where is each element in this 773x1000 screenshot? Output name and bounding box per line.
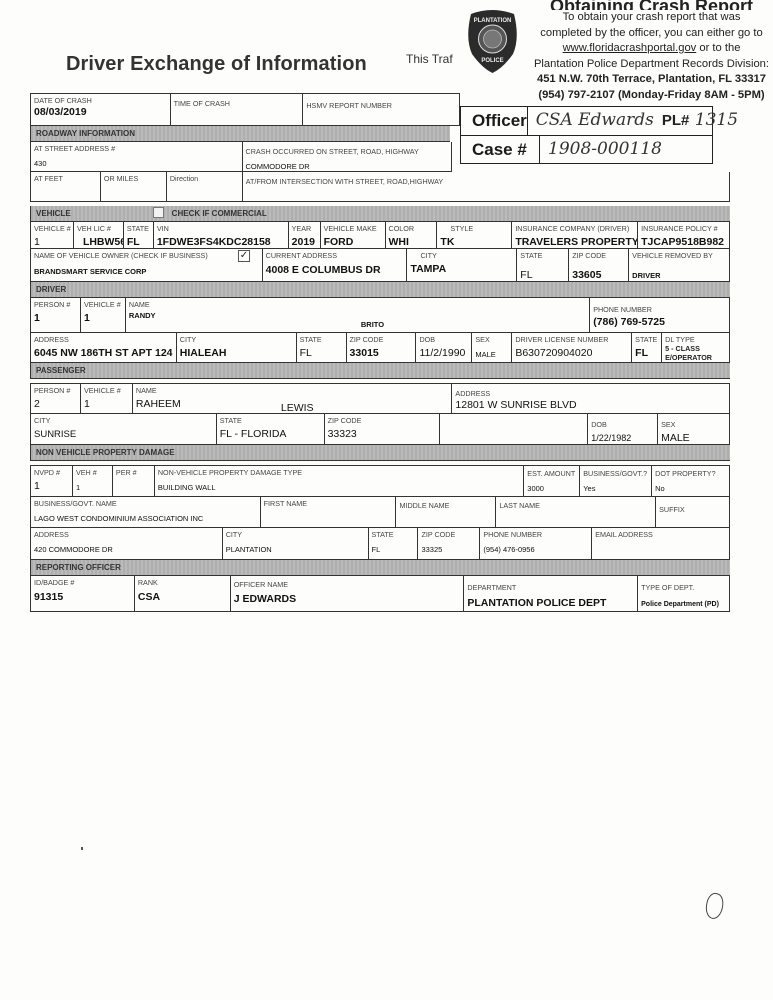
owner-state-field: STATEFL	[517, 249, 569, 282]
crash-portal-link[interactable]: www.floridacrashportal.gov	[563, 42, 697, 54]
property-city-field: CITYPLANTATION	[223, 528, 369, 560]
svg-text:PLANTATION: PLANTATION	[474, 18, 512, 24]
dept-type-field: TYPE OF DEPT.Police Department (PD)	[638, 576, 730, 612]
driver-sex-field: SEXMALE	[472, 333, 512, 363]
passenger-vehicle-field: VEHICLE #1	[81, 383, 133, 414]
exchange-form: DATE OF CRASH08/03/2019 TIME OF CRASH HS…	[30, 93, 730, 612]
vehicle-owner-field: NAME OF VEHICLE OWNER (CHECK IF BUSINESS…	[31, 249, 263, 282]
vehicle-number-field: VEHICLE #1	[31, 222, 74, 249]
section-property-damage: NON VEHICLE PROPERTY DAMAGE	[30, 445, 730, 461]
section-vehicle: VEHICLECHECK IF COMMERCIAL	[30, 206, 730, 222]
dl-type-field: DL TYPE5 - CLASSE/OPERATOR	[662, 333, 730, 363]
time-of-crash-field: TIME OF CRASH	[171, 93, 304, 126]
truncated-text: This Traf	[406, 52, 453, 66]
passenger-person-field: PERSON #2	[31, 383, 81, 414]
section-passenger: PASSENGER	[30, 363, 730, 379]
business-govt-field: BUSINESS/GOVT.?Yes	[580, 465, 652, 497]
notice-line: Plantation Police Department Records Div…	[530, 57, 773, 73]
color-field: COLORWHI	[386, 222, 438, 249]
vehicle-license-field: VEH LIC #LHBW56	[74, 222, 124, 249]
driver-license-field: DRIVER LICENSE NUMBERB630720904020	[512, 333, 632, 363]
driver-dob-field: DOB11/2/1990	[416, 333, 472, 363]
property-phone-field: PHONE NUMBER(954) 476-0956	[480, 528, 592, 560]
owner-business-checkbox[interactable]: ✓	[238, 250, 250, 262]
nvpd-per-field: PER #	[113, 465, 155, 497]
date-of-crash-field: DATE OF CRASH08/03/2019	[31, 93, 171, 126]
passenger-state-field: STATEFL - FLORIDA	[217, 414, 325, 445]
intersection-field: AT/FROM INTERSECTION WITH STREET, ROAD,H…	[243, 172, 730, 202]
officer-rank-field: RANKCSA	[135, 576, 231, 612]
officer-name-field: OFFICER NAMEJ EDWARDS	[231, 576, 465, 612]
driver-zip-field: ZIP CODE33015	[347, 333, 417, 363]
notice-line: To obtain your crash report that was	[530, 10, 773, 26]
crash-street-field: CRASH OCCURRED ON STREET, ROAD, HIGHWAYC…	[243, 142, 453, 172]
nvpd-veh-field: VEH #1	[73, 465, 113, 497]
document-title: Driver Exchange of Information	[66, 53, 367, 76]
direction-field: Direction	[167, 172, 243, 202]
records-address: 451 N.W. 70th Terrace, Plantation, FL 33…	[530, 72, 773, 88]
svg-text:POLICE: POLICE	[481, 58, 503, 64]
dl-state-field: STATEFL	[632, 333, 662, 363]
dot-property-field: DOT PROPERTY?No	[652, 465, 730, 497]
department-field: DEPARTMENTPLANTATION POLICE DEPT	[464, 576, 638, 612]
vehicle-state-field: STATEFL	[124, 222, 154, 249]
vehicle-removed-field: VEHICLE REMOVED BYDRIVER	[629, 249, 730, 282]
section-reporting-officer: REPORTING OFFICER	[30, 560, 730, 576]
passenger-sex-field: SEXMALE	[658, 414, 730, 445]
hsmv-report-field: HSMV REPORT NUMBER	[303, 93, 460, 126]
passenger-city-field: CITYSUNRISE	[31, 414, 217, 445]
owner-city-field: CITYTAMPA	[407, 249, 517, 282]
police-badge-icon: PLANTATION POLICE	[465, 8, 520, 74]
notice-heading: Obtaining Crash Report	[530, 0, 773, 10]
insurance-company-field: INSURANCE COMPANY (DRIVER)TRAVELERS PROP…	[512, 222, 638, 249]
year-field: YEAR2019	[289, 222, 321, 249]
middle-name-field: MIDDLE NAME	[396, 497, 496, 528]
passenger-name-field: NAME RAHEEM LEWIS	[133, 383, 453, 414]
officer-badge-field: ID/BADGE #91315	[31, 576, 135, 612]
passenger-address-field: ADDRESS12801 W SUNRISE BLVD	[452, 383, 730, 414]
property-state-field: STATEFL	[369, 528, 419, 560]
passenger-dob-field: DOB1/22/1982	[588, 414, 658, 445]
commercial-checkbox[interactable]	[153, 207, 164, 218]
vin-field: VIN1FDWE3FS4KDC28158	[154, 222, 289, 249]
property-zip-field: ZIP CODE33325	[418, 528, 480, 560]
owner-address-field: CURRENT ADDRESS4008 E COLUMBUS DR	[263, 249, 408, 282]
handwritten-zero-mark	[703, 892, 725, 921]
property-address-field: ADDRESS420 COMMODORE DR	[31, 528, 223, 560]
at-feet-field: AT FEET	[31, 172, 101, 202]
commercial-label: CHECK IF COMMERCIAL	[172, 209, 267, 218]
damage-type-field: NON-VEHICLE PROPERTY DAMAGE TYPEBUILDING…	[155, 465, 524, 497]
last-name-field: LAST NAME	[496, 497, 656, 528]
street-address-field: AT STREET ADDRESS #430	[31, 142, 243, 172]
section-driver: DRIVER	[30, 282, 730, 298]
owner-zip-field: ZIP CODE33605	[569, 249, 629, 282]
vehicle-make-field: VEHICLE MAKEFORD	[321, 222, 386, 249]
driver-person-field: PERSON #1	[31, 298, 81, 333]
notice-line: completed by the officer, you can either…	[530, 26, 773, 42]
section-roadway: ROADWAY INFORMATION	[30, 126, 450, 142]
obtaining-report-notice: Obtaining Crash Report To obtain your cr…	[530, 0, 773, 103]
nvpd-number-field: NVPD #1	[31, 465, 73, 497]
driver-address-field: ADDRESS6045 NW 186TH ST APT 124	[31, 333, 177, 363]
driver-city-field: CITYHIALEAH	[177, 333, 297, 363]
or-miles-field: OR MILES	[101, 172, 167, 202]
est-amount-field: EST. AMOUNT3000	[524, 465, 580, 497]
driver-state-field: STATEFL	[297, 333, 347, 363]
business-name-field: BUSINESS/GOVT. NAMELAGO WEST CONDOMINIUM…	[31, 497, 261, 528]
notice-line: or to the	[699, 42, 740, 54]
style-field: STYLETK	[437, 222, 512, 249]
property-email-field: EMAIL ADDRESS	[592, 528, 730, 560]
driver-phone-field: PHONE NUMBER(786) 769-5725	[590, 298, 730, 333]
insurance-policy-field: INSURANCE POLICY #TJCAP9518B982	[638, 222, 730, 249]
passenger-zip-field: ZIP CODE33323	[325, 414, 441, 445]
stray-pen-mark	[81, 847, 83, 850]
first-name-field: FIRST NAME	[261, 497, 397, 528]
suffix-field: SUFFIX	[656, 497, 730, 528]
driver-name-field: NAME RANDY BRITO	[126, 298, 590, 333]
passenger-blank-field	[440, 414, 588, 445]
driver-vehicle-field: VEHICLE #1	[81, 298, 126, 333]
